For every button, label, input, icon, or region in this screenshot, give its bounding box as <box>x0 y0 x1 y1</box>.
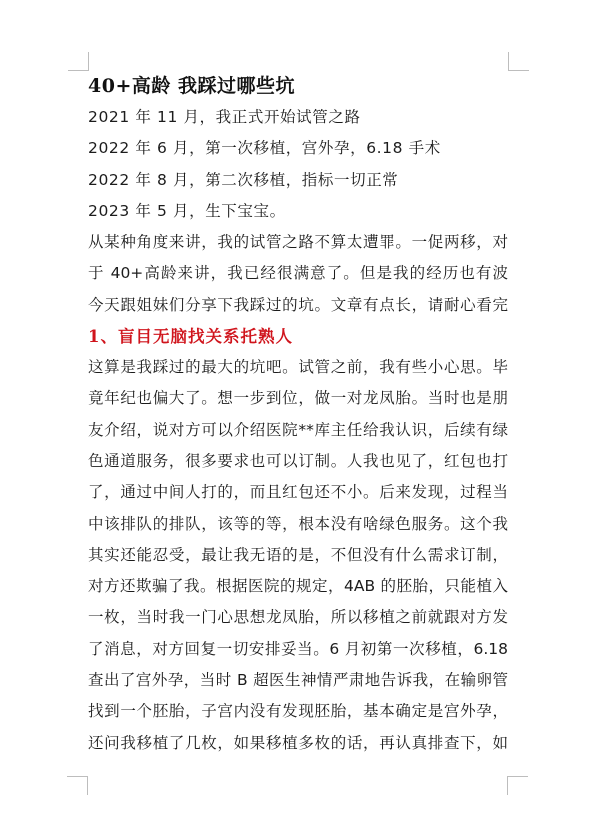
paragraph-line: 竟年纪也偏大了。想一步到位，做一对龙凤胎。当时也是朋 <box>88 383 508 414</box>
paragraph-line: 其实还能忍受，最让我无语的是，不但没有什么需求订制， <box>88 540 508 571</box>
timeline-entry: 2022 年 8 月，第二次移植，指标一切正常 <box>88 165 508 196</box>
margin-corner-mark-bottom-left <box>67 776 88 795</box>
paragraph-line: 从某种角度来讲，我的试管之路不算太遭罪。一促两移，对 <box>88 227 508 258</box>
paragraph-line: 了消息，对方回复一切安排妥当。6 月初第一次移植，6.18 <box>88 634 508 665</box>
paragraph-line: 查出了宫外孕，当时 B 超医生神情严肃地告诉我，在输卵管 <box>88 665 508 696</box>
margin-corner-mark-bottom-right <box>507 776 528 795</box>
margin-corner-mark-top-right <box>508 52 529 71</box>
paragraph-line: 对方还欺骗了我。根据医院的规定，4AB 的胚胎，只能植入 <box>88 571 508 602</box>
intro-paragraph: 从某种角度来讲，我的试管之路不算太遭罪。一促两移，对 于 40+高龄来讲，我已经… <box>88 227 508 321</box>
paragraph-line: 找到一个胚胎，子宫内没有发现胚胎，基本确定是宫外孕， <box>88 696 508 727</box>
paragraph-line: 这算是我踩过的最大的坑吧。试管之前，我有些小心思。毕 <box>88 352 508 383</box>
timeline-entry: 2022 年 6 月，第一次移植，宫外孕，6.18 手术 <box>88 133 508 164</box>
section-paragraph: 这算是我踩过的最大的坑吧。试管之前，我有些小心思。毕 竟年纪也偏大了。想一步到位… <box>88 352 508 759</box>
paragraph-line: 于 40+高龄来讲，我已经很满意了。但是我的经历也有波折， <box>88 258 508 289</box>
document-title: 40+高龄 我踩过哪些坑 <box>88 70 508 102</box>
margin-corner-mark-top-left <box>68 52 89 71</box>
paragraph-line: 一枚，当时我一门心思想龙凤胎，所以移植之前就跟对方发 <box>88 602 508 633</box>
timeline-entry: 2023 年 5 月，生下宝宝。 <box>88 196 508 227</box>
timeline-list: 2021 年 11 月，我正式开始试管之路 2022 年 6 月，第一次移植，宫… <box>88 102 508 227</box>
paragraph-line: 友介绍，说对方可以介绍医院**库主任给我认识，后续有绿 <box>88 415 508 446</box>
document-body[interactable]: 40+高龄 我踩过哪些坑 2021 年 11 月，我正式开始试管之路 2022 … <box>88 70 508 759</box>
paragraph-line: 今天跟姐妹们分享下我踩过的坑。文章有点长，请耐心看完 <box>88 290 508 321</box>
timeline-entry: 2021 年 11 月，我正式开始试管之路 <box>88 102 508 133</box>
paragraph-line: 中该排队的排队，该等的等，根本没有啥绿色服务。这个我 <box>88 509 508 540</box>
paragraph-line: 了，通过中间人打的，而且红包还不小。后来发现，过程当 <box>88 477 508 508</box>
paragraph-line: 色通道服务，很多要求也可以订制。人我也见了，红包也打 <box>88 446 508 477</box>
document-page: 40+高龄 我踩过哪些坑 2021 年 11 月，我正式开始试管之路 2022 … <box>0 0 599 839</box>
paragraph-line: 还问我移植了几枚，如果移植多枚的话，再认真排查下，如 <box>88 728 508 759</box>
section-heading: 1、盲目无脑找关系托熟人 <box>88 321 508 352</box>
